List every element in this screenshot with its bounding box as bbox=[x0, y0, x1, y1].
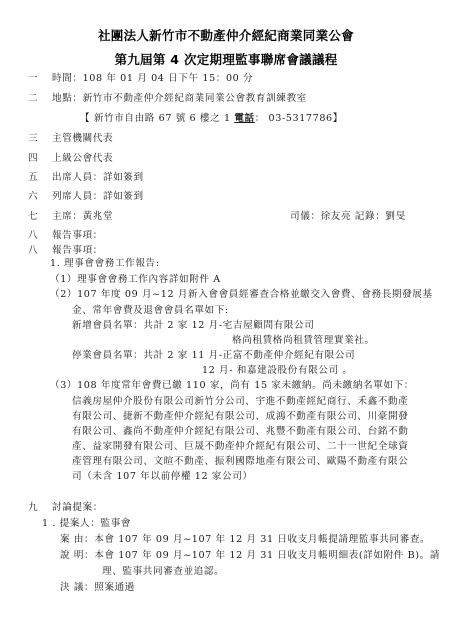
unpaid-line: 有限公司、鑫尚不動產仲介經紀有限公司、兆豐不動產有限公司、台銘不動 bbox=[72, 426, 408, 438]
address-text: 【 新竹市自由路 67 號 6 樓之 1 bbox=[80, 113, 234, 124]
item-chair: 七主席：黃兆堂 bbox=[28, 211, 113, 223]
phone-number: ： 03-5317786】 bbox=[255, 113, 343, 124]
item-text: 討論提案： bbox=[52, 502, 103, 513]
emcee-recorder: 司儀：徐友亮 記錄：劉旻 bbox=[290, 211, 406, 223]
proposal-resolution: 決 議：照案通過 bbox=[60, 582, 135, 594]
proposal-explanation: 說 明：本會 107 年 09 月~107 年 12 月 31 日收支月帳明細表… bbox=[60, 550, 440, 562]
item-text: 報告事項： bbox=[52, 230, 103, 241]
item-time: 一時間：108 年 01 月 04 日下午 15：00 分 bbox=[28, 73, 253, 85]
new-members: 新增會員名單：共計 2 家 12 月-宅吉屋顧問有限公司 bbox=[72, 320, 314, 332]
item-report-a: 八報告事項： bbox=[28, 230, 103, 242]
address-line: 【 新竹市自由路 67 號 6 樓之 1 電話： 03-5317786】 bbox=[80, 113, 343, 125]
item-report-b: 八報告事項： bbox=[28, 245, 103, 257]
item-text: 上級公會代表 bbox=[52, 153, 113, 164]
item-num: 五 bbox=[28, 172, 52, 184]
item-text: 主席：黃兆堂 bbox=[52, 211, 113, 222]
unpaid-line: 產管理有限公司、文暄不動產、振利國際地產有限公司、歐陽不動產有限公 bbox=[72, 456, 408, 468]
item-num: 八 bbox=[28, 245, 52, 257]
suspended-members-2: 12 月- 和嘉建設股份有限公司 。 bbox=[202, 365, 353, 377]
item-num: 九 bbox=[28, 502, 52, 514]
item-upper-union: 四上級公會代表 bbox=[28, 153, 113, 165]
report-p2-line2: 金、常年會費及退會會員名單如下: bbox=[72, 305, 229, 317]
unpaid-line: 司（未含 107 年以前停權 12 家公司） bbox=[72, 471, 253, 483]
item-text: 報告事項： bbox=[52, 245, 103, 256]
proposal-explanation-2: 理、監事共同審查並追認。 bbox=[102, 566, 224, 578]
report-heading: 1. 理事會會務工作報告: bbox=[50, 258, 160, 270]
new-members-2: 格尚租賃格尚租賃管理實業社。 bbox=[232, 335, 375, 347]
item-observers: 六列席人員：詳如簽到 bbox=[28, 191, 144, 203]
item-num: 七 bbox=[28, 211, 52, 223]
item-authority: 三主管機關代表 bbox=[28, 133, 113, 145]
item-num: 一 bbox=[28, 73, 52, 85]
item-num: 二 bbox=[28, 93, 52, 105]
unpaid-line: 產、益家開發有限公司、巨晟不動產仲介經紀有限公司、二十一世紀全球資 bbox=[72, 441, 408, 453]
item-num: 三 bbox=[28, 133, 52, 145]
discussion-heading: 九討論提案： bbox=[28, 502, 103, 514]
item-place: 二地點：新竹市不動產仲介經紀商業同業公會教育訓練教室 bbox=[28, 93, 307, 105]
item-text: 時間：108 年 01 月 04 日下午 15：00 分 bbox=[52, 73, 253, 84]
proposer: 1 . 提案人：監事會 bbox=[42, 518, 131, 530]
item-text: 主管機關代表 bbox=[52, 133, 113, 144]
proposal-reason: 案 由：本會 107 年 09 月~107 年 12 月 31 日收支月帳提請理… bbox=[60, 534, 430, 546]
phone-label: 電話 bbox=[234, 113, 254, 124]
item-num: 四 bbox=[28, 153, 52, 165]
report-p2-line1: （2）107 年度 09 月~12 月新入會會員經審查合格並繳交入會費、會務長期… bbox=[50, 289, 433, 301]
org-name: 社團法人新竹市不動產仲介經紀商業同業公會 bbox=[0, 28, 452, 44]
report-p1: （1）理事會會務工作內容詳如附件 A bbox=[50, 274, 221, 286]
page-title: 第九屆第 4 次定期理監事聯席會議議程 bbox=[0, 52, 452, 68]
item-text: 列席人員：詳如簽到 bbox=[52, 191, 144, 202]
suspended-members: 停業會員名單：共計 2 家 11 月-正富不動產仲介經紀有限公司 bbox=[72, 350, 355, 362]
unpaid-line: 信義房屋仲介股份有限公司新竹分公司、宇進不動產經紀商行、禾鑫不動產 bbox=[72, 396, 408, 408]
item-num: 六 bbox=[28, 191, 52, 203]
item-text: 地點：新竹市不動產仲介經紀商業同業公會教育訓練教室 bbox=[52, 93, 307, 104]
item-text: 出席人員：詳如簽到 bbox=[52, 172, 144, 183]
item-num: 八 bbox=[28, 230, 52, 242]
report-p3-line1: （3）108 年度常年會費已繳 110 家，尚有 15 家未繳納。尚未繳納名單如… bbox=[50, 380, 414, 392]
unpaid-line: 有限公司、捷新不動產仲介經紀有限公司、成鴻不動產有限公司、川豪開發 bbox=[72, 411, 408, 423]
item-attendees: 五出席人員：詳如簽到 bbox=[28, 172, 144, 184]
